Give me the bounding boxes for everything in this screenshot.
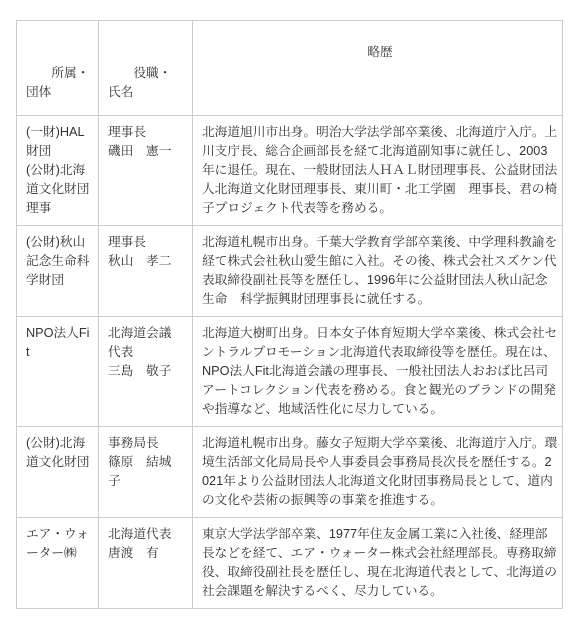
table-row: (公財)秋山記念生命科学財団 理事長 秋山 孝二 北海道札幌市出身。千葉大学教育… bbox=[17, 226, 563, 317]
page: 所属・ 団体 役職・ 氏名 略歴 (一財)HAL財団 (公財)北海道文化財団理事… bbox=[0, 0, 578, 640]
affiliation-cell: NPO法人Fit bbox=[17, 317, 99, 427]
affiliation-cell: エア・ウォーター㈱ bbox=[17, 518, 99, 609]
table-row: NPO法人Fit 北海道会議代表 三島 敬子 北海道大樹町出身。日本女子体育短期… bbox=[17, 317, 563, 427]
biography-cell: 北海道札幌市出身。千葉大学教育学部卒業後、中学理科教諭を経て株式会社秋山愛生館に… bbox=[193, 226, 563, 317]
table-row: エア・ウォーター㈱ 北海道代表 唐渡 有 東京大学法学部卒業、1977年住友金属… bbox=[17, 518, 563, 609]
header-role-name: 役職・ 氏名 bbox=[99, 21, 193, 116]
header-biography: 略歴 bbox=[193, 21, 563, 116]
biography-cell: 北海道旭川市出身。明治大学法学部卒業後、北海道庁入庁。上川支庁長、総合企画部長を… bbox=[193, 116, 563, 226]
table-row: (公財)北海道文化財団 事務局長 篠原 結城子 北海道札幌市出身。藤女子短期大学… bbox=[17, 427, 563, 518]
table-header-row: 所属・ 団体 役職・ 氏名 略歴 bbox=[17, 21, 563, 116]
executive-bio-table: 所属・ 団体 役職・ 氏名 略歴 (一財)HAL財団 (公財)北海道文化財団理事… bbox=[16, 20, 563, 609]
biography-cell: 東京大学法学部卒業、1977年住友金属工業に入社後、経理部長などを経て、エア・ウ… bbox=[193, 518, 563, 609]
biography-cell: 北海道大樹町出身。日本女子体育短期大学卒業後、株式会社セントラルプロモーション北… bbox=[193, 317, 563, 427]
role-name-cell: 北海道会議代表 三島 敬子 bbox=[99, 317, 193, 427]
role-name-cell: 理事長 秋山 孝二 bbox=[99, 226, 193, 317]
role-name-cell: 理事長 磯田 憲一 bbox=[99, 116, 193, 226]
table-row: (一財)HAL財団 (公財)北海道文化財団理事 理事長 磯田 憲一 北海道旭川市… bbox=[17, 116, 563, 226]
role-name-cell: 事務局長 篠原 結城子 bbox=[99, 427, 193, 518]
affiliation-cell: (一財)HAL財団 (公財)北海道文化財団理事 bbox=[17, 116, 99, 226]
role-name-cell: 北海道代表 唐渡 有 bbox=[99, 518, 193, 609]
header-affiliation: 所属・ 団体 bbox=[17, 21, 99, 116]
biography-cell: 北海道札幌市出身。藤女子短期大学卒業後、北海道庁入庁。環境生活部文化局局長や人事… bbox=[193, 427, 563, 518]
affiliation-cell: (公財)北海道文化財団 bbox=[17, 427, 99, 518]
affiliation-cell: (公財)秋山記念生命科学財団 bbox=[17, 226, 99, 317]
